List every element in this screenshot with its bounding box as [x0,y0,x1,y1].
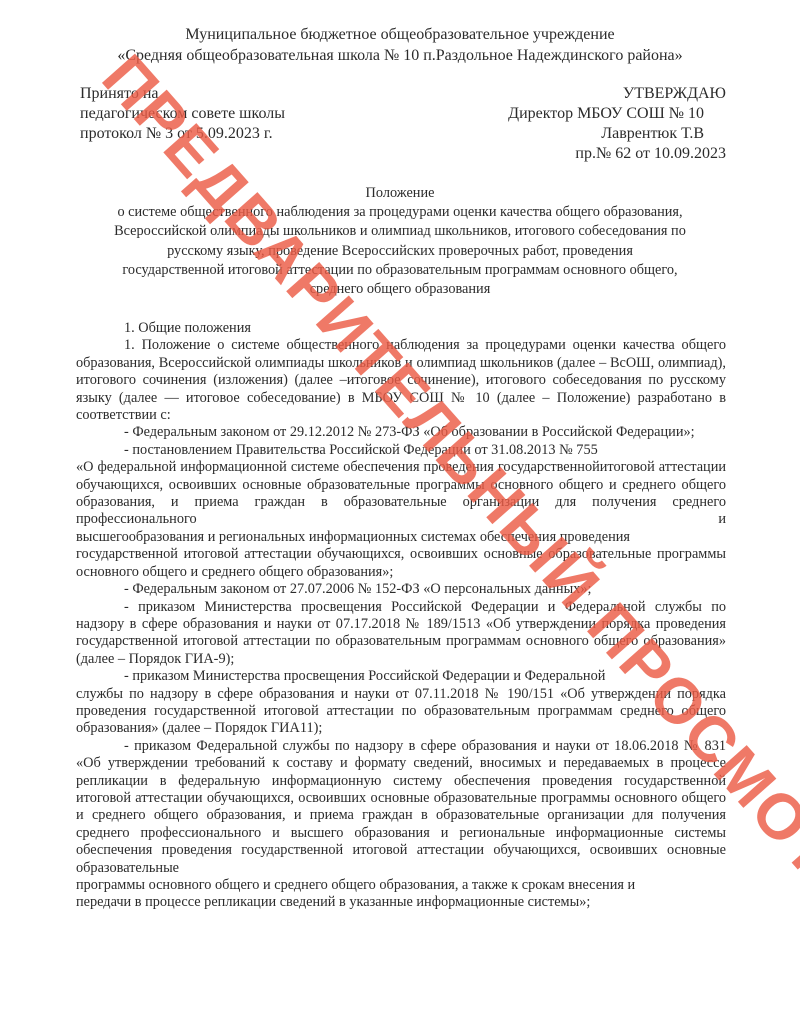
section-heading: 1. Общие положения [76,320,726,337]
accepted-line-1: Принято на [80,84,285,104]
accepted-line-2: педагогическом совете школы [80,104,285,124]
document-body: 1. Общие положения 1. Положение о систем… [76,320,726,912]
paragraph: - приказом Министерства просвещения Росс… [76,599,726,669]
document-page: Муниципальное бюджетное общеобразователь… [0,0,800,1024]
approval-line-4: пр.№ 62 от 10.09.2023 [508,144,726,164]
title-line: о системе общественного наблюдения за пр… [70,203,730,222]
paragraph: - постановлением Правительства Российско… [76,442,726,459]
paragraph: - приказом Министерства просвещения Росс… [76,668,726,685]
paragraph: передачи в процессе репликации сведений … [76,894,726,911]
paragraph: - Федеральным законом от 27.07.2006 № 15… [76,581,726,598]
title-heading: Положение [70,184,730,203]
paragraph: высшегообразования и региональных информ… [76,529,726,546]
paragraph: 1. Положение о системе общественного наб… [76,337,726,424]
paragraph: «О федеральной информационной системе об… [76,459,726,529]
approval-line-3: Лаврентюк Т.В [508,124,726,144]
institution-header: Муниципальное бюджетное общеобразователь… [0,24,800,66]
paragraph: службы по надзору в сфере образования и … [76,686,726,738]
document-title: Положение о системе общественного наблюд… [70,184,730,299]
paragraph: государственной итоговой аттестации обуч… [76,546,726,581]
approval-line-1: УТВЕРЖДАЮ [508,84,726,104]
accepted-block: Принято на педагогическом совете школы п… [80,84,285,144]
title-line: Всероссийской олимпиады школьников и оли… [70,222,730,241]
title-line: русскому языку, проведение Всероссийских… [70,242,730,261]
approval-block: УТВЕРЖДАЮ Директор МБОУ СОШ № 10 Лаврент… [508,84,726,164]
title-line: государственной итоговой аттестации по о… [70,261,730,280]
paragraph: - Федеральным законом от 29.12.2012 № 27… [76,424,726,441]
institution-line-2: «Средняя общеобразовательная школа № 10 … [0,45,800,66]
title-line: среднего общего образования [70,280,730,299]
accepted-line-3: протокол № 3 от 5.09.2023 г. [80,124,285,144]
paragraph: - приказом Федеральной службы по надзору… [76,738,726,877]
institution-line-1: Муниципальное бюджетное общеобразователь… [0,24,800,45]
approval-line-2: Директор МБОУ СОШ № 10 [508,104,726,124]
paragraph: программы основного общего и среднего об… [76,877,726,894]
